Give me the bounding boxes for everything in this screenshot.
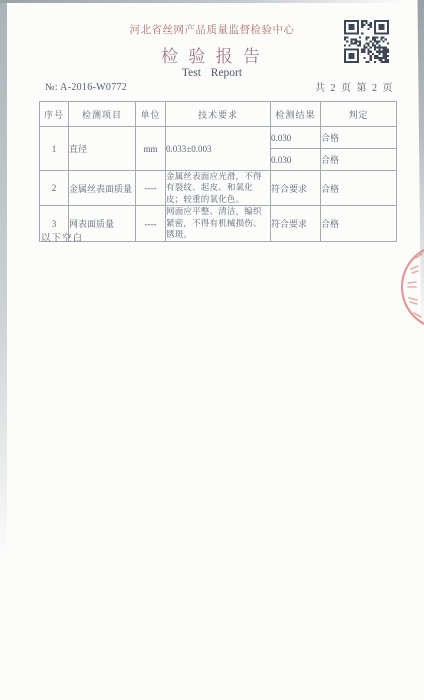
cell-item: 直径 — [69, 127, 136, 171]
table-row: 2 金属丝表面质量 ---- 金属丝表面应光滑，不得有裂纹、起皮、和氧化皮；较重… — [40, 171, 397, 206]
table-header-row: 序号 检测项目 单位 技术要求 检测结果 判定 — [40, 102, 397, 127]
below-blank-note: 以下空白 — [41, 230, 83, 244]
table-row: 1 直径 mm 0.033±0.003 0.030 合格 — [40, 127, 397, 149]
test-results-table: 序号 检测项目 单位 技术要求 检测结果 判定 1 直径 mm 0.033±0.… — [39, 101, 397, 242]
scan-edge-top — [0, 0, 424, 3]
col-header-judgment: 判定 — [321, 102, 397, 127]
cell-unit: mm — [136, 127, 166, 171]
cell-item: 金属丝表面质量 — [69, 171, 136, 206]
cell-result: 0.030 — [271, 149, 321, 171]
cell-judgment: 合格 — [321, 171, 397, 206]
cell-judgment: 合格 — [321, 127, 397, 149]
report-number: №: A-2016-W0772 — [45, 82, 127, 93]
scan-edge-left — [0, 0, 7, 700]
cell-requirement: 网面应平整、清洁，编织紧密，不得有机械损伤、锈斑。 — [166, 206, 271, 241]
cell-unit: ---- — [136, 171, 166, 206]
red-seal-stamp — [394, 242, 424, 334]
col-header-item: 检测项目 — [69, 102, 136, 127]
col-header-no: 序号 — [40, 102, 69, 127]
cell-requirement: 金属丝表面应光滑，不得有裂纹、起皮、和氧化皮；较重的氧化色。 — [166, 171, 271, 206]
qr-code-icon — [344, 20, 389, 63]
col-header-unit: 单位 — [136, 102, 166, 127]
cell-result: 符合要求 — [271, 206, 321, 241]
cell-unit: ---- — [136, 206, 166, 241]
cell-result: 符合要求 — [271, 171, 321, 206]
cell-no: 2 — [40, 171, 69, 206]
scanned-test-report-page: 河北省丝网产品质量监督检验中心 检 验 报 告 Test Report №: A… — [0, 0, 424, 700]
cell-no: 1 — [40, 127, 69, 171]
report-title-en: Test Report — [0, 67, 424, 79]
cell-requirement: 0.033±0.003 — [166, 127, 271, 171]
cell-judgment: 合格 — [321, 206, 397, 241]
page-count: 共 2 页 第 2 页 — [315, 79, 394, 94]
col-header-result: 检测结果 — [271, 102, 321, 127]
cell-result: 0.030 — [271, 127, 321, 149]
col-header-requirement: 技术要求 — [166, 102, 271, 127]
table-row: 3 网表面质量 ---- 网面应平整、清洁，编织紧密，不得有机械损伤、锈斑。 符… — [40, 206, 397, 241]
cell-judgment: 合格 — [321, 149, 397, 171]
